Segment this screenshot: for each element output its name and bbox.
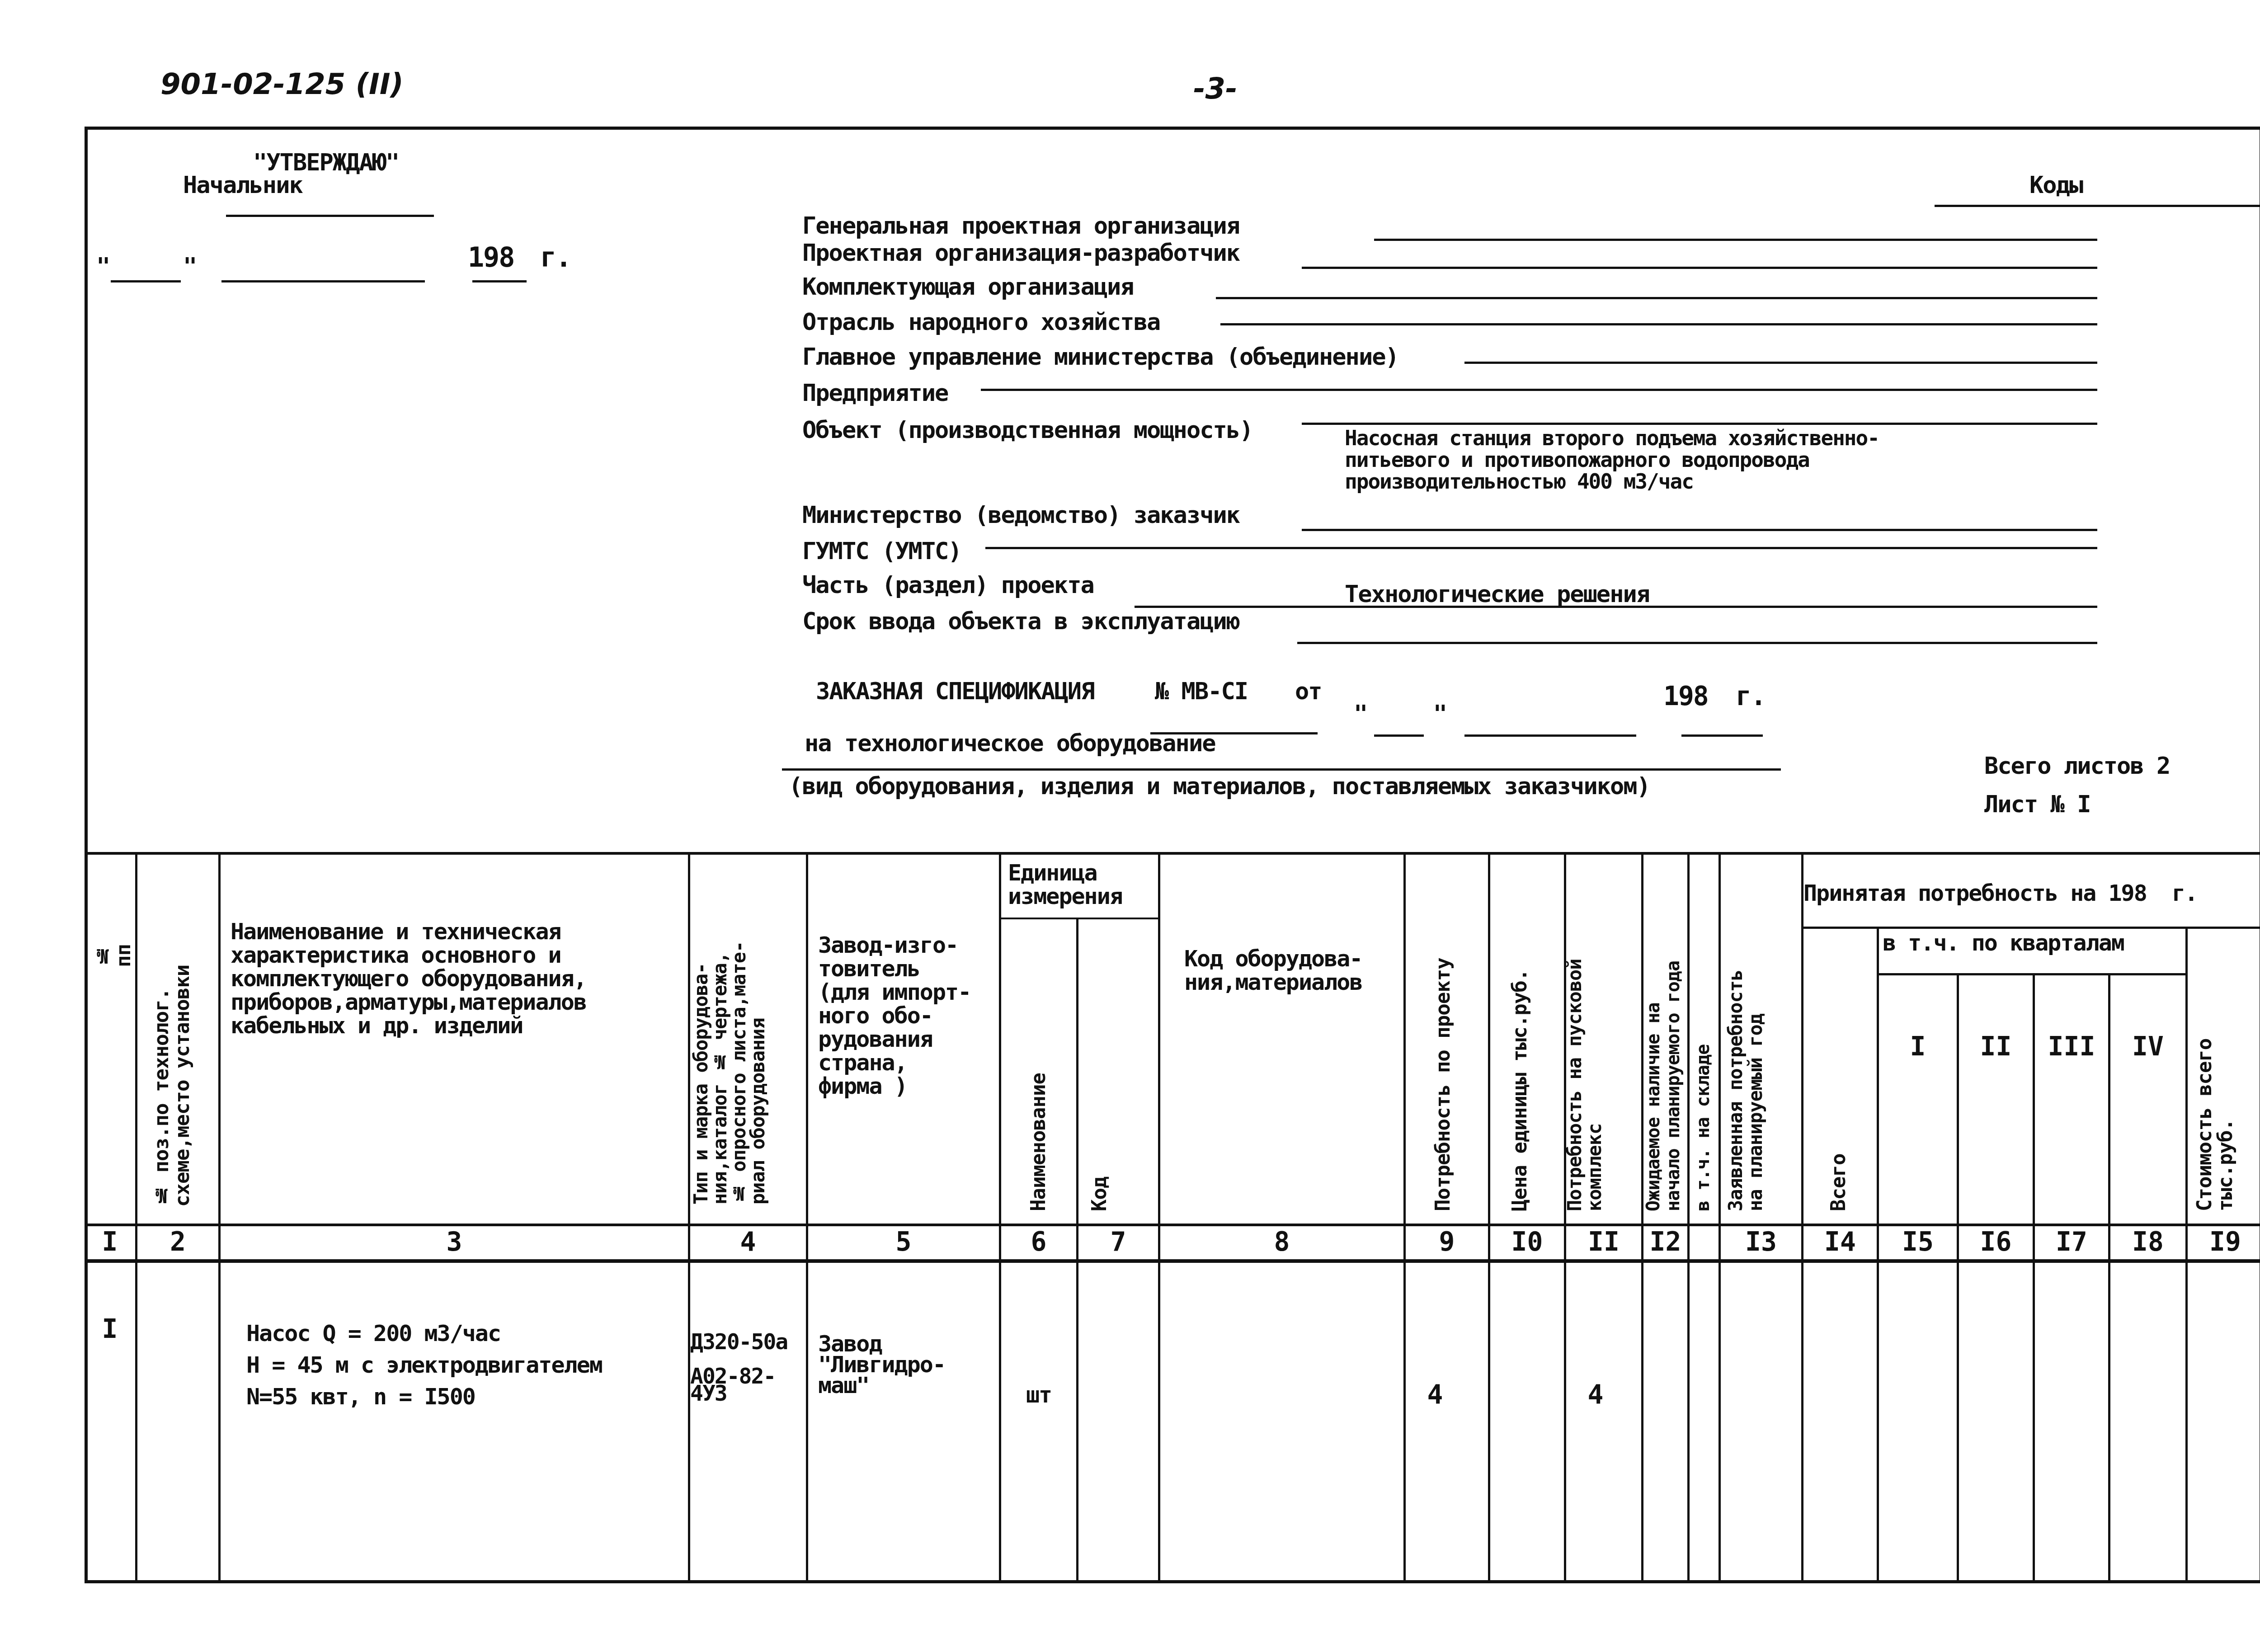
header-need-startup: Потребность на пусковой комплекс: [1565, 879, 1605, 1211]
spec-subject-line: [782, 768, 1781, 771]
colnum-16: I6: [1959, 1226, 2033, 1257]
header-expected: Ожидаемое наличие на начало планируемого…: [1643, 870, 1683, 1211]
field-enterprise-label: Предприятие: [802, 380, 948, 407]
row-unit-name[interactable]: шт: [1026, 1383, 1051, 1407]
spec-date-day-line[interactable]: [1374, 734, 1424, 737]
row-need-startup[interactable]: 4: [1566, 1379, 1625, 1410]
col-divider: [1687, 852, 1690, 1583]
accepted-group-line: [1801, 927, 2260, 929]
col-divider: [806, 852, 808, 1583]
header-type: Тип и марка оборудова- ния,каталог № чер…: [692, 861, 767, 1205]
colnum-4: 4: [690, 1226, 806, 1257]
date-quote-open: ": [96, 253, 109, 280]
header-total: Всего: [1828, 1130, 1849, 1211]
colnum-7: 7: [1078, 1226, 1158, 1257]
col-divider: [999, 852, 1001, 1583]
header-unit-code: Код: [1089, 1153, 1110, 1211]
field-commissioning-label: Срок ввода объекта в эксплуатацию: [802, 608, 1239, 635]
header-quarters-group: в т.ч. по кварталам: [1883, 931, 2124, 955]
date-day-line[interactable]: [111, 280, 181, 282]
field-project-part-label: Часть (раздел) проекта: [802, 572, 1094, 599]
field-industry-input[interactable]: [1220, 323, 2097, 325]
quarters-group-line: [1877, 973, 2185, 975]
colnum-2: 2: [137, 1226, 218, 1257]
spec-date-month-line[interactable]: [1464, 734, 1636, 737]
page-number: -3-: [1193, 72, 1238, 106]
header-q2: II: [1959, 1031, 2033, 1062]
spec-number: № МВ-CI: [1155, 678, 1248, 705]
spec-subject-caption: (вид оборудования, изделия и материалов,…: [789, 773, 1650, 800]
document-code: 901-02-125 (II): [160, 68, 404, 101]
field-project-part-value[interactable]: Технологические решения: [1345, 581, 1649, 608]
date-month-line[interactable]: [221, 280, 425, 282]
spec-year-line[interactable]: [1681, 734, 1763, 737]
header-cost-total: Стоимость всего тыс.руб.: [2194, 994, 2236, 1211]
header-equipment-code: Код оборудова- ния,материалов: [1184, 947, 1362, 994]
chief-label: Начальник: [183, 172, 302, 199]
col-divider: [1957, 973, 1959, 1583]
col-divider: [1488, 852, 1490, 1583]
field-supply-org-label: Комплектующая организация: [802, 273, 1134, 301]
col-divider: [1403, 852, 1406, 1583]
field-design-org-label: Проектная организация-разработчик: [802, 240, 1239, 267]
field-commissioning-input[interactable]: [1297, 642, 2097, 644]
header-position: № поз.по технолог. схеме,место установки: [151, 886, 193, 1207]
field-ministry-dept-input[interactable]: [1464, 362, 2097, 364]
colnum-15: I5: [1879, 1226, 1957, 1257]
header-name: Наименование и техническая характеристик…: [231, 920, 586, 1037]
col-divider: [2033, 973, 2035, 1583]
colnum-11: II: [1566, 1226, 1641, 1257]
spec-subject: на технологическое оборудование: [805, 730, 1215, 757]
field-enterprise-input[interactable]: [981, 389, 2097, 391]
field-object-label: Объект (производственная мощность): [802, 417, 1252, 444]
colnum-bottom-line: [85, 1259, 2260, 1263]
codes-line: [1935, 205, 2260, 207]
col-divider: [1158, 852, 1160, 1583]
row-name[interactable]: Насос Q = 200 м3/час Н = 45 м с электрод…: [246, 1318, 602, 1412]
spec-title: ЗАКАЗНАЯ СПЕЦИФИКАЦИЯ: [816, 678, 1094, 705]
table-top-line: [85, 852, 2260, 855]
colnum-8: 8: [1160, 1226, 1403, 1257]
spec-date-quote: " ": [1354, 701, 1446, 728]
header-q3: III: [2035, 1031, 2108, 1062]
field-gumts-label: ГУМТС (УМТС): [802, 538, 961, 565]
colnum-14: I4: [1803, 1226, 1877, 1257]
colnum-1: I: [85, 1226, 135, 1257]
header-unit-price: Цена единицы тыс.руб.: [1510, 899, 1530, 1211]
unit-group-line: [999, 918, 1158, 919]
col-divider: [2108, 973, 2110, 1583]
spec-year: 198: [1663, 682, 1708, 710]
chief-signature-line[interactable]: [226, 215, 434, 217]
field-customer-ministry-input[interactable]: [1302, 529, 2097, 531]
header-need-project: Потребность по проекту: [1433, 890, 1454, 1211]
colnum-17: I7: [2035, 1226, 2108, 1257]
field-supply-org-input[interactable]: [1216, 297, 2097, 299]
header-q1: I: [1879, 1031, 1957, 1062]
colnum-19: I9: [2188, 1226, 2260, 1257]
field-general-org-input[interactable]: [1374, 239, 2097, 241]
field-customer-ministry-label: Министерство (ведомство) заказчик: [802, 502, 1239, 529]
header-row-num: № пп: [93, 904, 134, 967]
col-divider: [1719, 852, 1721, 1583]
field-ministry-dept-label: Главное управление министерства (объедин…: [802, 344, 1398, 371]
colnum-3: 3: [221, 1226, 688, 1257]
colnum-13: I3: [1721, 1226, 1801, 1257]
header-manufacturer: Завод-изго- товитель (для импорт- ного о…: [818, 933, 970, 1098]
colnum-18: I8: [2110, 1226, 2185, 1257]
header-accepted-group: Принятая потребность на 198 г.: [1803, 881, 2197, 905]
col-divider: [135, 852, 137, 1583]
sheets-total: Всего листов 2: [1984, 753, 2170, 780]
approval-year-suffix: г.: [540, 244, 571, 271]
col-divider: [688, 852, 690, 1583]
header-unit-group: Единица измерения: [1008, 861, 1122, 908]
header-unit-name: Наименование: [1028, 1031, 1049, 1211]
colnum-10: I0: [1490, 1226, 1564, 1257]
spec-year-suffix: г.: [1736, 682, 1766, 710]
colnum-5: 5: [808, 1226, 999, 1257]
row-need-project[interactable]: 4: [1406, 1379, 1464, 1410]
field-general-org-label: Генеральная проектная организация: [802, 212, 1239, 240]
field-object-value[interactable]: Насосная станция второго подъема хозяйст…: [1345, 427, 1879, 492]
row-number: I: [85, 1313, 135, 1345]
header-declared: Заявленная потребность на планируемый го…: [1726, 884, 1766, 1211]
field-object-line: [1302, 423, 2097, 425]
field-industry-label: Отрасль народного хозяйства: [802, 309, 1160, 336]
field-project-part-line: [1135, 606, 2097, 608]
colnum-12: I2: [1643, 1226, 1687, 1257]
header-in-stock: в т.ч. на складе: [1693, 949, 1714, 1211]
row-manufacturer[interactable]: Завод "Ливгидро- маш": [818, 1333, 945, 1396]
approval-year: 198: [468, 244, 514, 271]
field-design-org-input[interactable]: [1302, 267, 2097, 269]
sheets-current: Лист № I: [1984, 791, 2090, 818]
header-q4: IV: [2110, 1031, 2185, 1062]
date-quote-close: ": [183, 253, 196, 280]
approval-year-line[interactable]: [472, 280, 527, 282]
spec-from-label: от: [1295, 678, 1322, 705]
colnum-6: 6: [1001, 1226, 1076, 1257]
codes-label: Коды: [2029, 172, 2082, 199]
col-divider: [1801, 852, 1803, 1583]
colnum-9: 9: [1406, 1226, 1488, 1257]
row-type[interactable]: Д320-50а А02-82- 4У3: [690, 1333, 787, 1402]
col-divider: [218, 852, 221, 1583]
field-gumts-input[interactable]: [985, 547, 2097, 549]
